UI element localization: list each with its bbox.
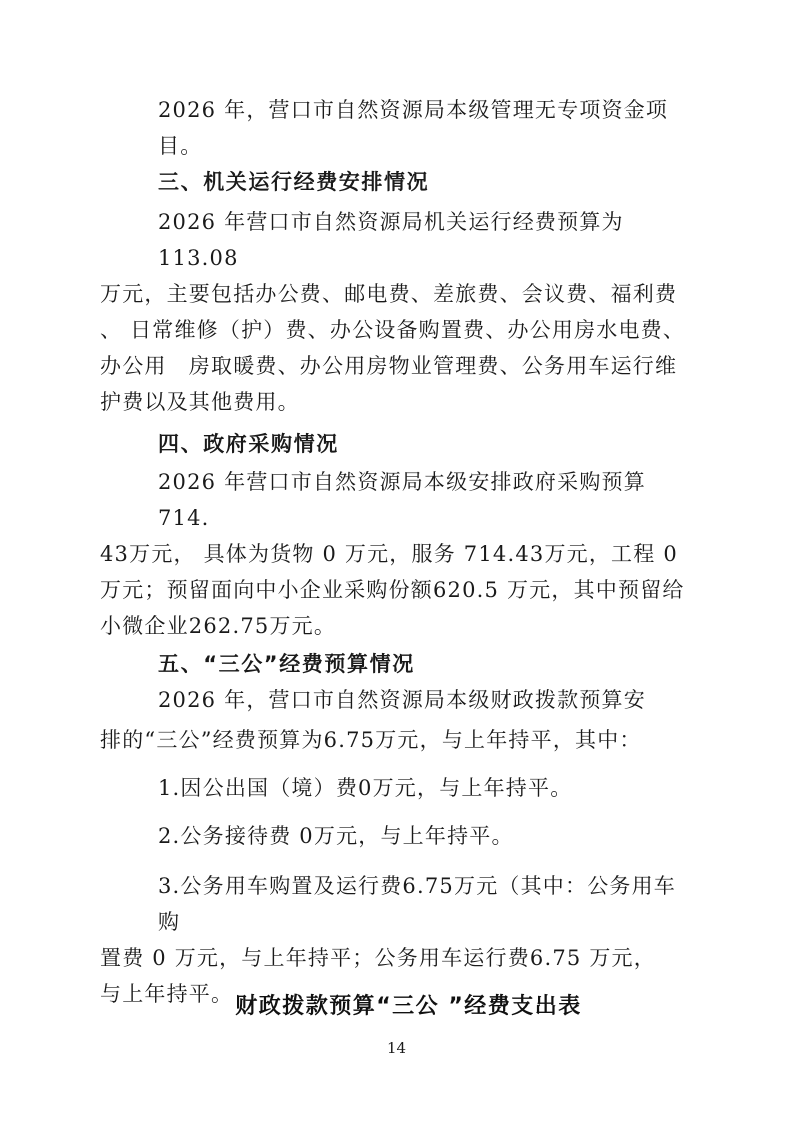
paragraph-operating-costs-line-2: 万元，主要包括办公费、邮电费、差旅费、会议费、福利费 [100,276,691,312]
table-title: 财政拨款预算“三公 ”经费支出表 [12,990,793,1024]
document-body: 2026 年，营口市自然资源局本级管理无专项资金项目。 三、机关运行经费安排情况… [100,92,691,1012]
list-item-official-vehicles-line-1: 3.公务用车购置及运行费6.75万元（其中：公务用车购 [100,868,691,940]
paragraph-procurement-line-4: 小微企业262.75万元。 [100,608,691,644]
paragraph-procurement-line-1: 2026 年营口市自然资源局本级安排政府采购预算 714. [100,464,691,536]
paragraph-procurement-line-3: 万元；预留面向中小企业采购份额620.5 万元，其中预留给 [100,572,691,608]
paragraph-operating-costs-line-3: 、 日常维修（护）费、办公设备购置费、办公用房水电费、 [100,312,691,348]
paragraph-operating-costs-line-5: 护费以及其他费用。 [100,384,691,420]
paragraph-no-special-funds: 2026 年，营口市自然资源局本级管理无专项资金项目。 [100,92,691,164]
page-number: 14 [0,1038,793,1058]
list-item-official-reception: 2.公务接待费 0万元，与上年持平。 [100,818,691,854]
section-heading-three-public-funds: 五、“三公”经费预算情况 [100,646,691,682]
list-item-official-vehicles-line-2: 置费 0 万元，与上年持平；公务用车运行费6.75 万元， [100,940,691,976]
section-heading-government-procurement: 四、政府采购情况 [100,426,691,462]
paragraph-three-public-line-1: 2026 年，营口市自然资源局本级财政拨款预算安 [100,682,691,718]
document-page: 2026 年，营口市自然资源局本级管理无专项资金项目。 三、机关运行经费安排情况… [0,0,793,1122]
paragraph-three-public-line-2: 排的“三公”经费预算为6.75万元，与上年持平，其中： [100,722,691,758]
list-item-overseas-travel: 1.因公出国（境）费0万元，与上年持平。 [100,770,691,806]
paragraph-procurement-line-2: 43万元， 具体为货物 0 万元，服务 714.43万元，工程 0 [100,536,691,572]
section-heading-agency-operating-costs: 三、机关运行经费安排情况 [100,164,691,200]
paragraph-operating-costs-line-1: 2026 年营口市自然资源局机关运行经费预算为 113.08 [100,204,691,276]
paragraph-operating-costs-line-4: 办公用 房取暖费、办公用房物业管理费、公务用车运行维 [100,348,691,384]
